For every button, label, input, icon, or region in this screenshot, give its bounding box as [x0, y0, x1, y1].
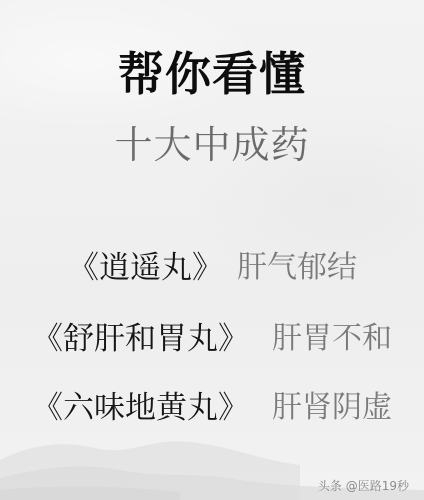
page-subtitle: 十大中成药 — [0, 122, 424, 168]
medicine-row: 《逍遥丸》 肝气郁结 — [0, 246, 424, 290]
symptom-label: 肝气郁结 — [237, 246, 357, 290]
symptom-label: 肝胃不和 — [272, 317, 392, 361]
source-watermark: 头条 @医路19秒 — [318, 477, 409, 494]
symptom-label: 肝肾阴虚 — [272, 386, 392, 430]
page-title: 帮你看懂 — [0, 46, 424, 102]
medicine-name: 《舒肝和胃丸》 — [32, 317, 249, 361]
medicine-name: 《六味地黄丸》 — [32, 386, 249, 430]
medicine-name: 《逍遥丸》 — [68, 246, 223, 290]
medicine-row: 《舒肝和胃丸》 肝胃不和 — [0, 317, 424, 361]
medicine-row: 《六味地黄丸》 肝肾阴虚 — [0, 386, 424, 430]
